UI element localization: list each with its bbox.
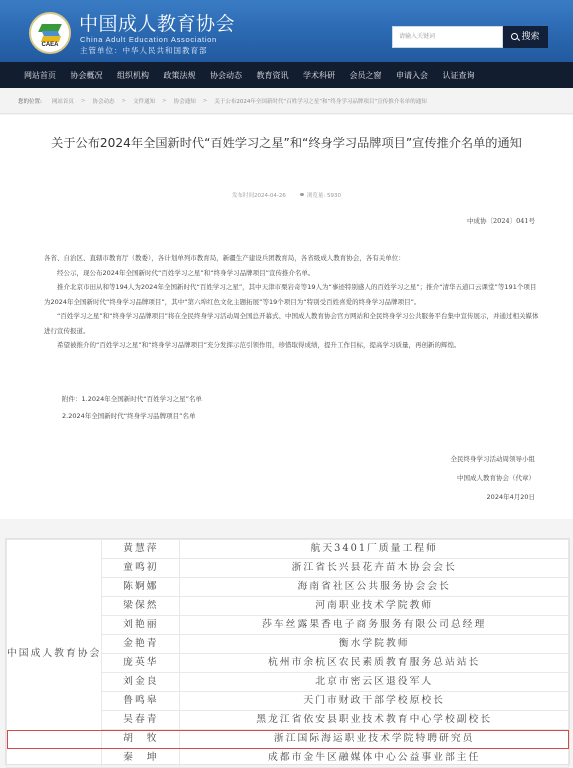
name-cell: 刘艳丽 bbox=[102, 616, 180, 635]
position-cell: 海南省社区公共服务协会会长 bbox=[180, 578, 569, 597]
breadcrumb-notices[interactable]: 协会通知 bbox=[174, 97, 196, 105]
nav-item-join[interactable]: 申请入会 bbox=[396, 70, 428, 81]
chevron-right-icon: > bbox=[122, 98, 127, 104]
breadcrumb-label: 您的位置: bbox=[18, 97, 42, 105]
site-title-en: China Adult Education Association bbox=[80, 35, 217, 44]
breadcrumb-news[interactable]: 协会动态 bbox=[92, 97, 114, 105]
name-cell: 鲁鸣皋 bbox=[102, 692, 180, 711]
nav-item-overview[interactable]: 协会概况 bbox=[71, 70, 103, 81]
position-cell: 杭州市余杭区农民素质教育服务总站站长 bbox=[180, 654, 569, 673]
paragraph: “百姓学习之星”和“终身学习品牌项目”将在全民终身学习活动周全国总开幕式、中国成… bbox=[44, 309, 540, 338]
logo-text: CAEA bbox=[31, 42, 69, 48]
position-cell: 北京市密云区退役军人 bbox=[180, 673, 569, 692]
nav-item-policy[interactable]: 政策法规 bbox=[164, 70, 196, 81]
article-title: 关于公布2024年全国新时代“百姓学习之星”和“终身学习品牌项目”宣传推介名单的… bbox=[40, 135, 533, 152]
signature-date: 2024年4月20日 bbox=[451, 488, 536, 507]
name-cell: 陈婀娜 bbox=[102, 578, 180, 597]
breadcrumb: 您的位置: 网站首页 > 协会动态 > 文件通知 > 协会通知 > 关于公布20… bbox=[0, 88, 573, 114]
breadcrumb-current: 关于公布2024年全国新时代“百姓学习之星”和“终身学习品牌项目”宣传推介名单的… bbox=[214, 97, 426, 105]
group-cell: 中国成人教育协会 bbox=[7, 540, 102, 768]
attachment-2[interactable]: 2.2024年全国新时代“终身学习品牌项目”名单 bbox=[62, 408, 202, 425]
attachments: 附件：1.2024年全国新时代“百姓学习之星”名单 2.2024年全国新时代“终… bbox=[62, 391, 202, 425]
paragraph: 希望被推介的“百姓学习之星”和“终身学习品牌项目”充分发挥示范引领作用，珍惜取得… bbox=[44, 338, 540, 353]
eye-icon bbox=[300, 193, 304, 196]
signature-association: 中国成人教育协会（代章） bbox=[451, 469, 536, 488]
name-cell: 黄慧萍 bbox=[102, 540, 180, 559]
name-cell: 刘金良 bbox=[102, 673, 180, 692]
position-cell: 黑龙江省依安县职业技术教育中心学校副校长 bbox=[180, 711, 569, 730]
position-cell: 成都市金牛区融媒体中心公益事业部主任 bbox=[180, 749, 569, 768]
name-cell: 吴春青 bbox=[102, 711, 180, 730]
position-cell: 莎车丝露果香电子商务服务有限公司总经理 bbox=[180, 616, 569, 635]
breadcrumb-home[interactable]: 网站首页 bbox=[52, 97, 74, 105]
search-icon bbox=[511, 33, 518, 40]
caea-logo-icon[interactable]: CAEA bbox=[29, 12, 71, 54]
nav-item-organization[interactable]: 组织机构 bbox=[117, 70, 149, 81]
position-cell: 浙江国际海运职业技术学院特聘研究员 bbox=[180, 730, 569, 749]
nav-item-members[interactable]: 会员之窗 bbox=[350, 70, 382, 81]
search-button[interactable]: 搜索 bbox=[503, 26, 548, 48]
document-number: 中成协〔2024〕041号 bbox=[467, 216, 535, 225]
position-cell: 天门市财政干部学校原校长 bbox=[180, 692, 569, 711]
nav-item-news[interactable]: 协会动态 bbox=[210, 70, 242, 81]
position-cell: 航天3401厂质量工程师 bbox=[180, 540, 569, 559]
attachment-1[interactable]: 附件：1.2024年全国新时代“百姓学习之星”名单 bbox=[62, 391, 202, 408]
article: 关于公布2024年全国新时代“百姓学习之星”和“终身学习品牌项目”宣传推介名单的… bbox=[0, 115, 573, 519]
table-row: 中国成人教育协会 黄慧萍 航天3401厂质量工程师 bbox=[7, 540, 569, 559]
signature-org: 全民终身学习活动周领导小组 bbox=[451, 450, 536, 469]
chevron-right-icon: > bbox=[81, 98, 86, 104]
name-cell: 秦 坤 bbox=[102, 749, 180, 768]
position-cell: 河南职业技术学院教师 bbox=[180, 597, 569, 616]
name-cell: 金艳青 bbox=[102, 635, 180, 654]
salutation: 各省、自治区、直辖市教育厅（教委），各计划单列市教育局，新疆生产建设兵团教育局，… bbox=[44, 251, 540, 266]
paragraph: 推介北京市田从和等194人为2024年全国新时代“百姓学习之星”，其中天津市栗岩… bbox=[44, 280, 540, 309]
name-cell: 胡 牧 bbox=[102, 730, 180, 749]
nav-item-certification[interactable]: 认证查询 bbox=[443, 70, 475, 81]
article-body: 各省、自治区、直辖市教育厅（教委），各计划单列市教育局，新疆生产建设兵团教育局，… bbox=[44, 251, 540, 353]
signature-block: 全民终身学习活动周领导小组 中国成人教育协会（代章） 2024年4月20日 bbox=[451, 450, 536, 507]
name-cell: 庞英华 bbox=[102, 654, 180, 673]
name-list-table: 中国成人教育协会 黄慧萍 航天3401厂质量工程师 童鸣初 浙江省长兴县花卉苗木… bbox=[5, 538, 570, 765]
name-cell: 童鸣初 bbox=[102, 559, 180, 578]
publish-time: 发布时间2024-04-26 bbox=[232, 193, 286, 199]
site-subtitle: 主管单位：中华人民共和国教育部 bbox=[80, 45, 208, 56]
chevron-right-icon: > bbox=[162, 98, 167, 104]
article-meta: 发布时间2024-04-26浏览量: 5930 bbox=[0, 191, 573, 199]
position-cell: 衡水学院教师 bbox=[180, 635, 569, 654]
nav-item-research[interactable]: 学术科研 bbox=[303, 70, 335, 81]
nav-item-education-info[interactable]: 教育资讯 bbox=[257, 70, 289, 81]
name-cell: 梁保然 bbox=[102, 597, 180, 616]
view-count: 浏览量: 5930 bbox=[307, 193, 341, 199]
position-cell: 浙江省长兴县花卉苗木协会会长 bbox=[180, 559, 569, 578]
paragraph: 经公示，现公布2024年全国新时代“百姓学习之星”和“终身学习品牌项目”宣传推介… bbox=[44, 266, 540, 281]
main-nav: 网站首页 协会概况 组织机构 政策法规 协会动态 教育资讯 学术科研 会员之窗 … bbox=[0, 62, 573, 88]
nav-item-home[interactable]: 网站首页 bbox=[24, 70, 56, 81]
site-header: CAEA 中国成人教育协会 China Adult Education Asso… bbox=[0, 0, 573, 62]
site-title[interactable]: 中国成人教育协会 bbox=[79, 14, 235, 34]
breadcrumb-documents[interactable]: 文件通知 bbox=[133, 97, 155, 105]
chevron-right-icon: > bbox=[203, 98, 208, 104]
search-button-label: 搜索 bbox=[521, 32, 539, 42]
search-input[interactable]: 请输入关键词 bbox=[392, 26, 503, 48]
